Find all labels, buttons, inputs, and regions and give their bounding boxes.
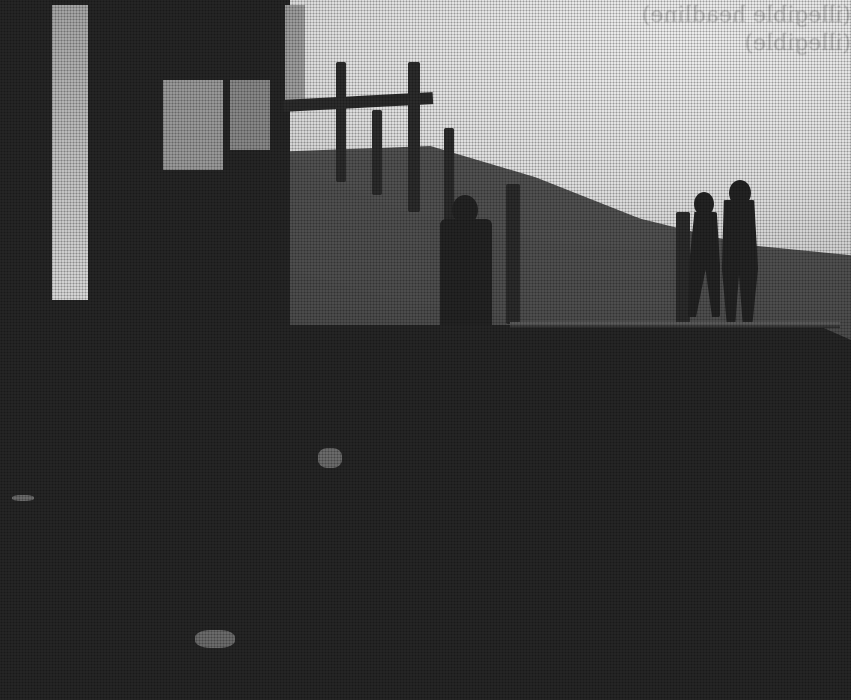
highlight-speck [318,448,342,468]
building-window [230,80,270,150]
building-window-strip [52,5,88,300]
scaffold-post [336,62,346,182]
scaffold-post [372,110,382,195]
building-window [163,80,223,170]
highlight-speck [12,495,34,501]
ledge-edge [510,322,840,328]
building-window [285,5,305,100]
scaffold-post [676,212,690,327]
highlight-speck [195,630,235,648]
newspaper-photo: (illegible headline) (illegible) [0,0,851,700]
bleed-subhead: (illegible) [590,30,851,58]
bleed-headline: (illegible headline) [590,2,851,30]
scaffold-post [408,62,420,212]
building [0,0,290,340]
scaffold-post [506,184,520,324]
foreground-ground [0,325,851,700]
bleed-body [590,58,851,70]
bleed-through-text: (illegible headline) (illegible) [590,2,851,232]
